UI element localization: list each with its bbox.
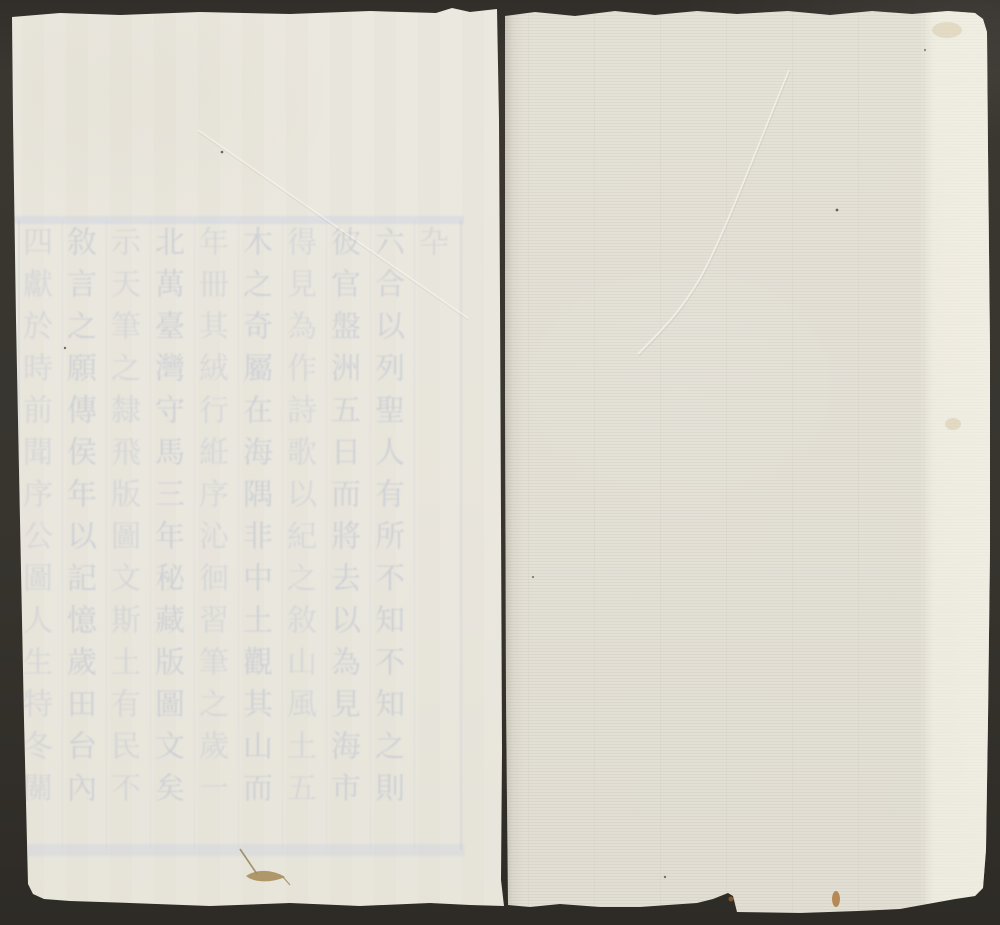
showthrough-frame-right-rule — [460, 220, 462, 850]
showthrough-column: 年冊其絨行絍序沁徊習筆之歲一 — [194, 226, 226, 826]
showthrough-column: 卆 — [414, 226, 446, 826]
showthrough-column: 北萬臺灣守馬三年秘藏版圖文矣 — [150, 226, 182, 826]
showthrough-column: 示天筆之隸飛版圖文斯土有民不 — [106, 226, 138, 826]
showthrough-frame-bottom-border — [14, 844, 464, 856]
fore-edge-band — [920, 0, 990, 925]
book-spread-photo: 卆 六合以列聖人有所不知不知之則 彼官盤洲五日而將去以為見海市 得見為作詩歌以紀… — [0, 0, 1000, 925]
showthrough-column: 六合以列聖人有所不知不知之則 — [370, 226, 402, 826]
showthrough-column: 得見為作詩歌以紀之敘山風土五 — [282, 226, 314, 826]
showthrough-column: 彼官盤洲五日而將去以為見海市 — [326, 226, 358, 826]
showthrough-column: 木之奇屬在海隅非中土觀其山而 — [238, 226, 270, 826]
showthrough-column: 敘言之願傳侯年以記憶歲田台內 — [62, 226, 94, 826]
showthrough-frame-top-border — [14, 216, 464, 224]
